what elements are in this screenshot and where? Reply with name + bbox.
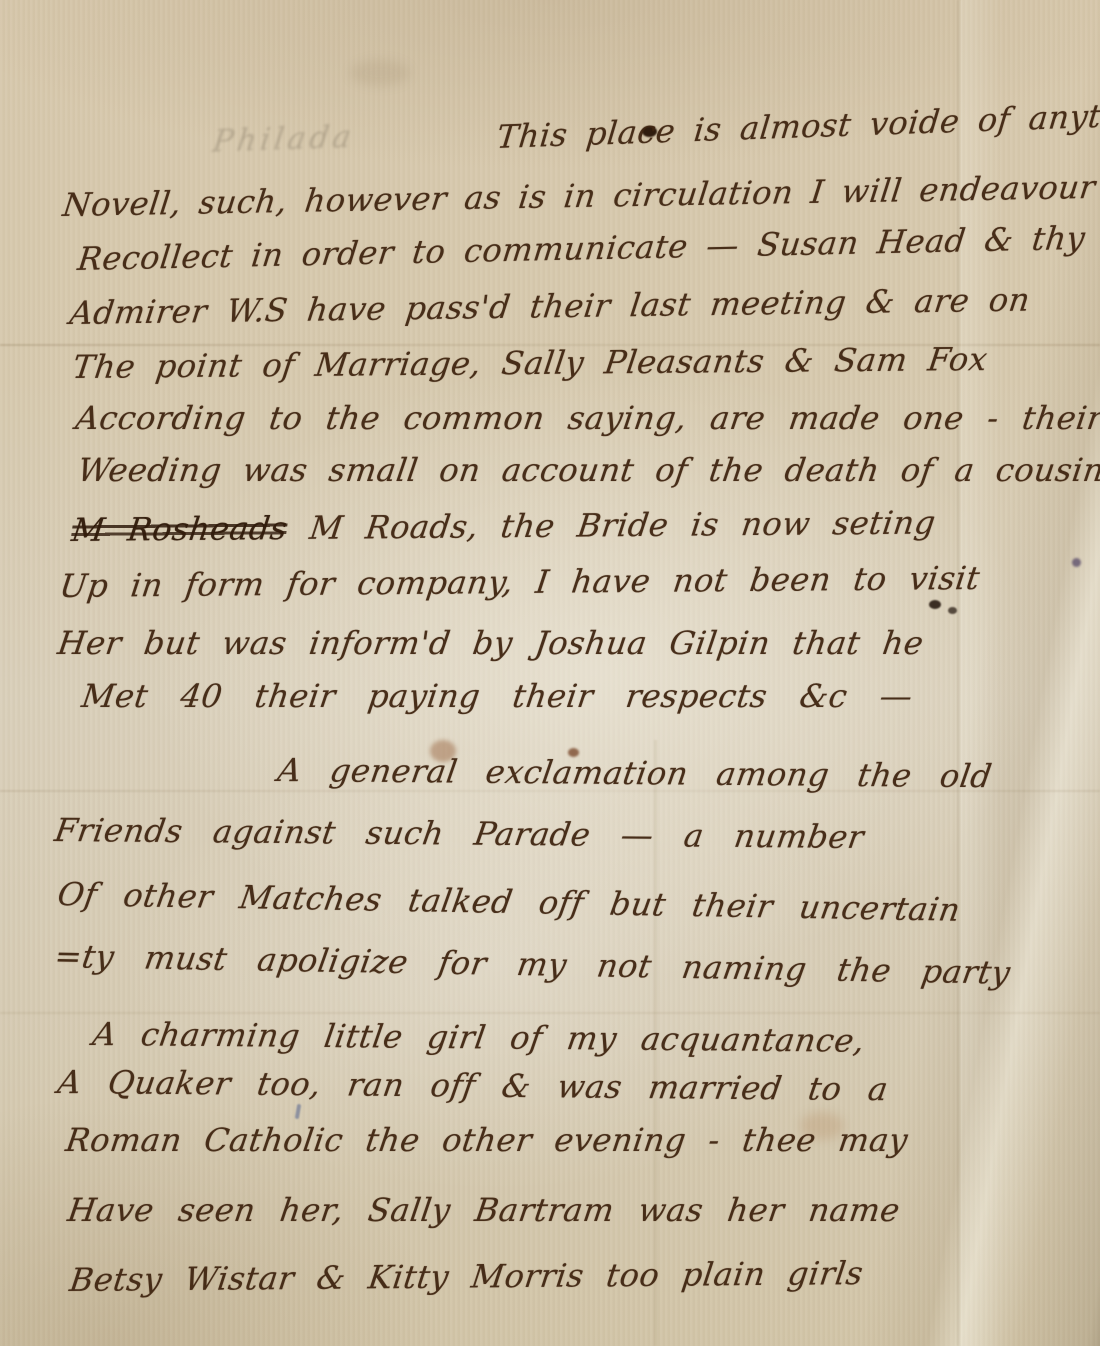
letter-line: Roman Catholic the other evening - thee … [63, 1121, 910, 1159]
handwriting-text: Met 40 their paying their respects &c — [79, 677, 915, 715]
handwriting-text: Up in form for company, I have not been … [57, 559, 982, 605]
letter-page: Philada This place is almost voide of an… [0, 0, 1100, 1346]
ink-blot [948, 607, 957, 614]
letter-line: Recollect in order to communicate — Susa… [76, 217, 1100, 278]
handwriting-text: Friends against such Parade — a number [52, 811, 867, 856]
letter-line: According to the common saying, are made… [73, 399, 1100, 437]
horizontal-crease [0, 1012, 1100, 1014]
letter-line: Up in form for company, I have not been … [57, 559, 982, 605]
blue-ink-mark [295, 1104, 302, 1119]
handwriting-text: Of other Matches talked off but their un… [55, 875, 963, 929]
letter-line: Betsy Wistar & Kitty Morris too plain gi… [67, 1254, 865, 1299]
letter-line: Of other Matches talked off but their un… [55, 875, 963, 929]
handwriting-text: Betsy Wistar & Kitty Morris too plain gi… [67, 1254, 865, 1299]
letter-line: The point of Marriage, Sally Pleasants &… [70, 340, 989, 386]
handwriting-text: Recollect in order to communicate — Susa… [76, 217, 1100, 278]
letter-line: Met 40 their paying their respects &c — [79, 677, 915, 715]
letter-line: A charming little girl of my acquantance… [90, 1015, 867, 1060]
handwriting-text: A general exclamation among the old [275, 751, 994, 795]
letter-line: Friends against such Parade — a number [52, 811, 867, 856]
struck-out-text: M Rosheads [69, 509, 289, 549]
handwriting-text: Roman Catholic the other evening - thee … [63, 1121, 910, 1159]
handwriting-text: According to the common saying, are made… [73, 399, 1100, 437]
letter-line: =ty must apoligize for my not naming the… [52, 937, 1013, 992]
letter-line: A general exclamation among the old [275, 751, 994, 795]
handwriting-text: Admirer W.S have pass'd their last meeti… [68, 281, 1033, 332]
handwriting-text: M Roads, the Bride is now seting [285, 503, 938, 547]
letter-line: Novell, such, however as is in circulati… [61, 167, 1100, 224]
letter-line: Admirer W.S have pass'd their last meeti… [68, 281, 1033, 332]
bleedthrough-text: Philada [211, 119, 358, 159]
letter-line: Weeding was small on account of the deat… [75, 451, 1100, 489]
letter-line: A Quaker too, ran off & was married to a [55, 1063, 891, 1108]
handwriting-text: Her but was inform'd by Joshua Gilpin th… [55, 624, 926, 662]
handwriting-text: Weeding was small on account of the deat… [75, 451, 1100, 489]
ink-dot [1072, 558, 1081, 567]
stain [350, 60, 410, 86]
handwriting-text: A charming little girl of my acquantance… [90, 1015, 867, 1060]
handwriting-text: The point of Marriage, Sally Pleasants &… [70, 340, 989, 386]
letter-line: Have seen her, Sally Bartram was her nam… [65, 1191, 902, 1229]
handwriting-text: Have seen her, Sally Bartram was her nam… [65, 1191, 902, 1229]
handwriting-text: Novell, such, however as is in circulati… [61, 167, 1100, 224]
letter-line: M Rosheads M Roads, the Bride is now set… [69, 503, 938, 549]
letter-line: Her but was inform'd by Joshua Gilpin th… [55, 624, 926, 662]
handwriting-text: =ty must apoligize for my not naming the… [52, 937, 1013, 992]
handwriting-text: A Quaker too, ran off & was married to a [55, 1063, 891, 1108]
ink-blot [929, 600, 941, 609]
